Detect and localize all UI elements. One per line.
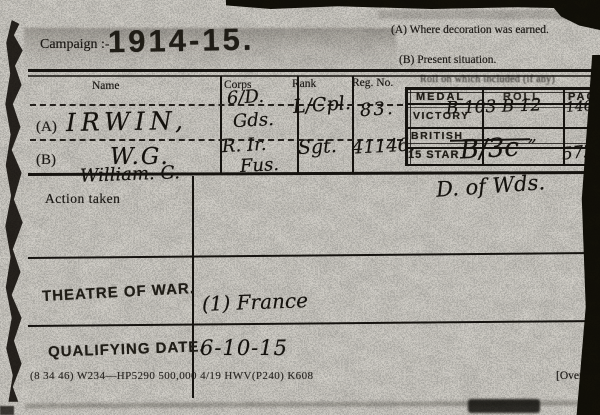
corps-entry-2-line1: R. Ir. [222, 136, 267, 157]
qualifying-date-value: 6-10-15 [200, 337, 288, 359]
theatre-bottom-rule [28, 320, 590, 327]
left-torn-edge [4, 20, 26, 402]
row-a-prefix: (A) [36, 120, 57, 136]
british-roll-ditto: „ [528, 128, 537, 146]
medal-index-card-scan: Campaign :- 1914-15. (A) Where decoratio… [0, 0, 600, 415]
top-right-corner-blob [548, 0, 600, 30]
star-roll-entry: B/3c [459, 134, 519, 164]
divider-rank-regno [352, 76, 354, 174]
column-header-reg-no: Reg. No. [352, 77, 393, 89]
bottom-left-corner-mark [0, 406, 14, 415]
died-of-wounds-note: D. of Wds. [435, 171, 545, 201]
medal-table-bottom [405, 164, 598, 166]
divider-corps-rank [297, 76, 299, 174]
theatre-of-war-value: (1) France [202, 290, 309, 315]
medal-row-15star: 15 STAR [408, 150, 459, 162]
campaign-label: Campaign :- [40, 38, 110, 53]
note-where-decoration-earned: (A) Where decoration was earned. [391, 24, 549, 36]
note-present-situation: (B) Present situation. [399, 54, 496, 66]
printer-code: (8 34 46) W234—HP5290 500,000 4/19 HWV(P… [30, 371, 313, 383]
action-section-bottom-rule [28, 252, 594, 259]
victory-roll-entry: B 103 B 12 [446, 97, 542, 118]
surname-handwritten: IRWIN, [66, 108, 188, 136]
action-taken-label: Action taken [45, 192, 120, 206]
header-rule-top [28, 69, 598, 72]
regno-entry-1: 83. [359, 100, 395, 121]
over-note: [Over [556, 370, 583, 382]
corps-entry-1-line1: 6/D. [226, 88, 264, 109]
rank-entry-1: L/Cpl. [292, 94, 351, 118]
campaign-date-stamp: 1914-15. [108, 24, 255, 59]
rank-entry-2: Sgt. [298, 137, 338, 159]
regno-entry-2: 41146. [352, 136, 416, 158]
theatre-of-war-label: THEATRE OF WAR. [42, 281, 196, 305]
bottom-dark-blob [468, 399, 540, 413]
row-b-prefix: (B) [36, 153, 56, 169]
column-header-rank: Rank [292, 78, 316, 90]
corps-entry-1-line2: Gds. [233, 111, 275, 132]
medal-table-top-a [405, 87, 598, 90]
divider-name-corps [220, 76, 222, 174]
forename-note-handwritten: William. G. [80, 164, 181, 186]
bottom-edge-speckle-line [25, 401, 585, 409]
row-rule-middle [30, 139, 403, 141]
column-header-name: Name [92, 80, 119, 92]
top-scan-bar [226, 0, 600, 9]
medal-row-rule-1 [405, 127, 598, 129]
card-surface: Campaign :- 1914-15. (A) Where decoratio… [0, 0, 600, 415]
roll-included-note: Roll on which included (if any) [420, 75, 555, 86]
qualifying-date-label: QUALIFYING DATE. [48, 339, 205, 360]
